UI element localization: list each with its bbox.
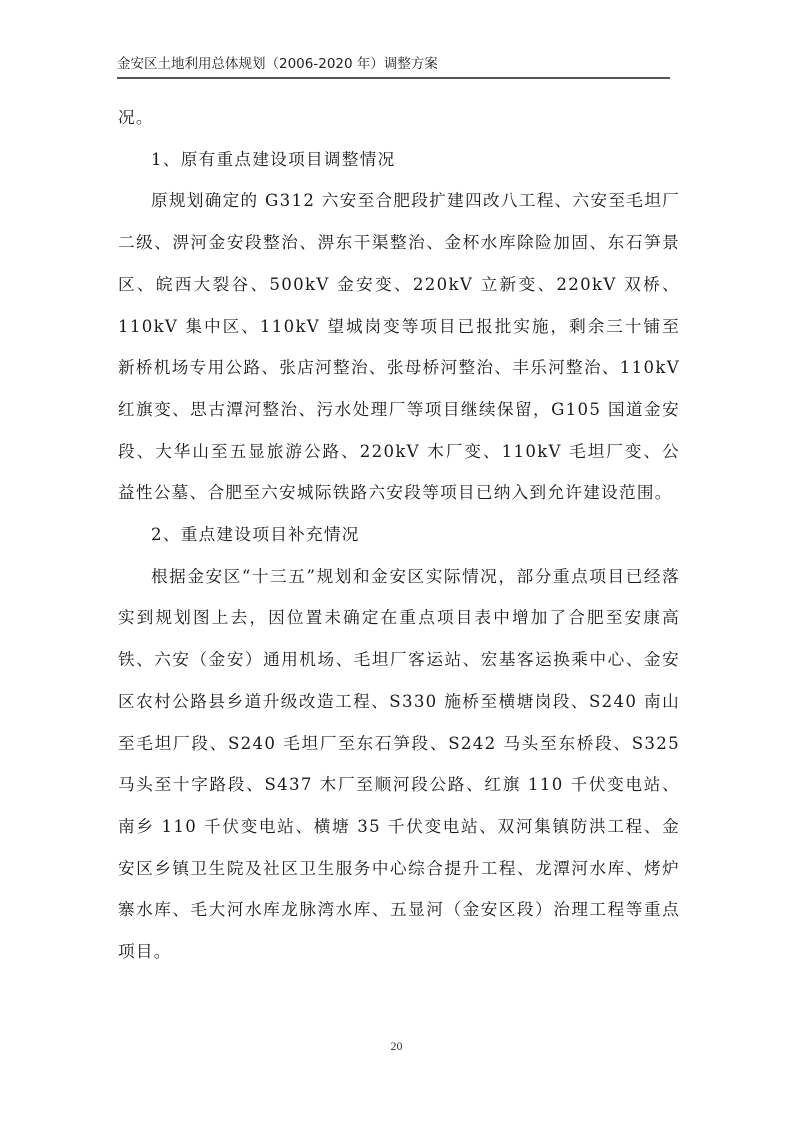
page-number: 20 [391,1039,403,1053]
page-body: 况。 1、原有重点建设项目调整情况 原规划确定的 G312 六安至合肥段扩建四改… [118,97,680,973]
running-header: 金安区土地利用总体规划（2006-2020 年）调整方案 [117,52,670,79]
section-heading-2: 2、重点建设项目补充情况 [118,514,680,556]
section-heading-1: 1、原有重点建设项目调整情况 [118,139,680,181]
body-paragraph-1: 原规划确定的 G312 六安至合肥段扩建四改八工程、六安至毛坦厂二级、淠河金安段… [118,180,680,514]
body-paragraph-2: 根据金安区“十三五”规划和金安区实际情况，部分重点项目已经落实到规划图上去，因位… [118,556,680,973]
document-title: 金安区土地利用总体规划（2006-2020 年）调整方案 [117,56,438,72]
continuation-text: 况。 [118,97,680,139]
page-footer: 20 [0,1039,793,1054]
